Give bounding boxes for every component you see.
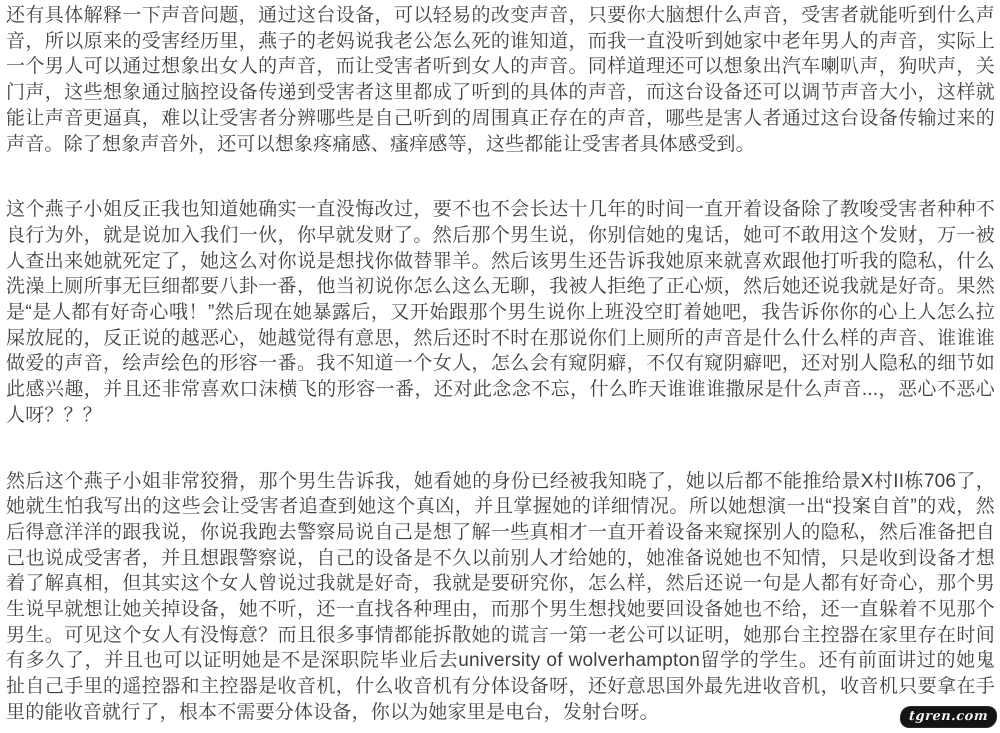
article-body: 还有具体解释一下声音问题，通过这台设备，可以轻易的改变声音，只要你大脑想什么声音… [0,0,1000,726]
paragraph-2: 这个燕子小姐反正我也知道她确实一直没悔改过，要不也不会长达十几年的时间一直开着设… [6,197,995,428]
paragraph-3: 然后这个燕子小姐非常狡猾，那个男生告诉我，她看她的身份已经被我知晓了，她以后都不… [6,469,995,726]
watermark-logo: tgren.com [900,707,996,727]
paragraph-1: 还有具体解释一下声音问题，通过这台设备，可以轻易的改变声音，只要你大脑想什么声音… [6,3,995,157]
